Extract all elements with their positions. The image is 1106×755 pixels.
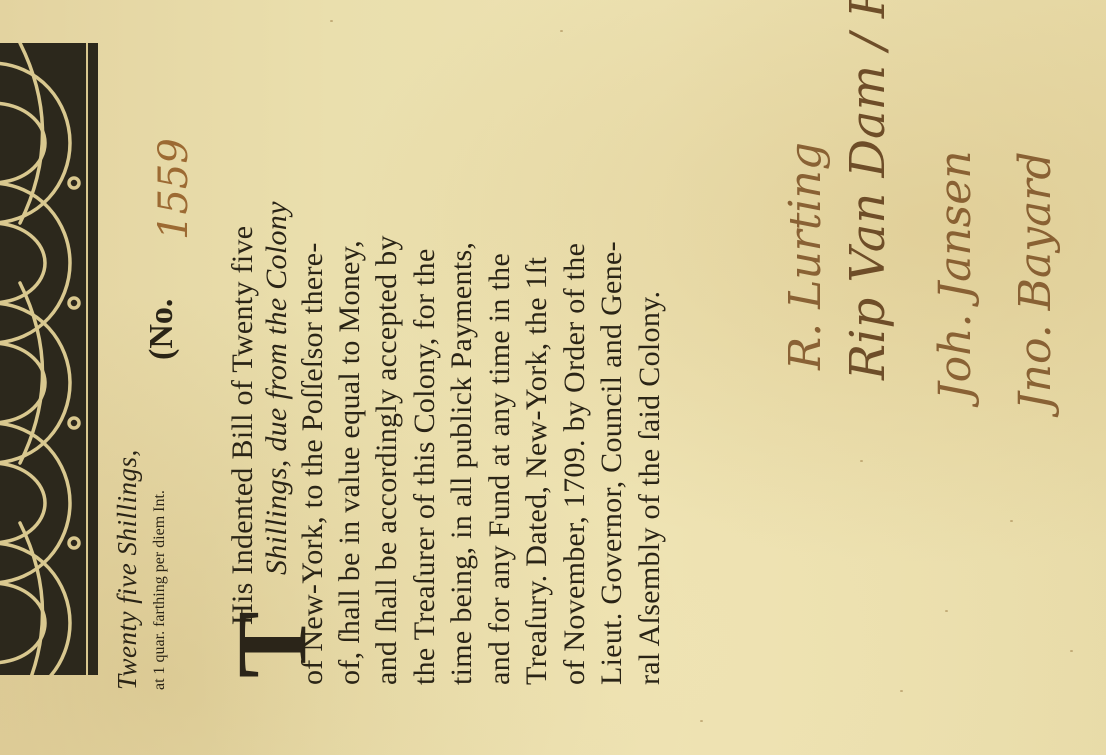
body-line-8: and for any Fund at any time in the [485, 253, 515, 685]
signature-4: Jno. Bayard [1010, 151, 1061, 410]
decorative-border [0, 43, 98, 675]
signature-2: Rip Van Dam / R. Walter [840, 0, 896, 380]
paper-speck [1010, 520, 1013, 522]
paper-speck [945, 610, 948, 612]
body-line-3: of New-York, to the Poſſeſsor there- [298, 242, 328, 685]
border-rule [86, 43, 88, 675]
ornament-pattern-icon [0, 43, 98, 675]
body-line-7: time being, in all publick Payments, [447, 242, 477, 685]
serial-number: 1559 [152, 138, 196, 240]
body-line-12: ral Aſsembly of the ſaid Colony. [635, 291, 665, 685]
paper-speck [900, 690, 903, 692]
denomination: Twenty five Shillings, [112, 449, 142, 690]
paper-speck [330, 20, 333, 22]
paper-speck [1070, 650, 1073, 652]
paper-speck [700, 720, 703, 722]
body-line-2: Shillings, due from the Colony [262, 201, 292, 575]
body-line-5: and ſhall be accordingly accepted by [372, 235, 402, 685]
body-line-4: of, ſhall be in value equal to Money, [335, 240, 365, 685]
body-line-1: His Indented Bill of Twenty five [228, 226, 258, 625]
body-line-6: the Treaſurer of this Colony, for the [410, 248, 440, 685]
interest-rate: at 1 quar. farthing per diem Int. [150, 490, 170, 690]
body-line-11: Lieut. Governor, Council and Gene- [597, 241, 627, 685]
body-line-10: of November, 1709. by Order of the [560, 243, 590, 685]
signature-1: R. Lurting [780, 142, 831, 370]
body-line-9: Treaſury. Dated, New-York, the 1ſt [522, 257, 552, 685]
number-label: (No. [142, 299, 182, 360]
signature-3: Joh. Jansen [930, 150, 981, 400]
paper-speck [860, 460, 863, 462]
paper-speck [560, 30, 563, 32]
